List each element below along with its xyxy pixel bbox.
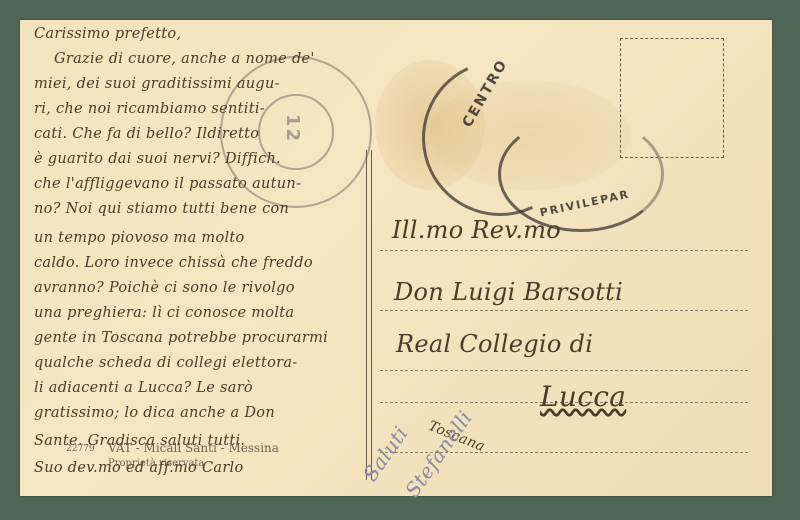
address-name: Don Luigi Barsotti [394,278,623,306]
address-city: Lucca [540,380,626,413]
message-line: Grazie di cuore, anche a nome de' [54,51,315,67]
address-line [380,250,748,251]
address-salutation: Ill.mo Rev.mo [392,216,561,244]
rights-notice: Proprietà riservata [108,458,204,469]
message-line: qualche scheda di collegi elettora- [34,355,298,371]
message-line: gente in Toscana potrebbe procurarmi [34,330,328,346]
message-line: gratissimo; lo dica anche a Don [34,405,275,421]
message-line: no? Noi qui stiamo tutti bene con [34,201,289,217]
publisher-number: 22779 [66,444,95,454]
message-line: avranno? Poichè ci sono le rivolgo [34,280,295,296]
address-line [380,370,748,371]
message-line: un tempo piovoso ma molto [34,230,245,246]
message-line: li adiacenti a Lucca? Le sarò [34,380,253,396]
card-divider-line [366,150,372,480]
message-line: miei, dei suoi graditissimi augu- [34,76,280,92]
postcard: 12 CENTRO PRIVILEPAR Carissimo prefetto,… [20,20,772,496]
publisher-name: VAT - Micali Santi - Messina [108,441,279,455]
message-line: è guarito dai suoi nervi? Diffich. [34,151,281,167]
address-line [380,310,748,311]
message-line: che l'affliggevano il passato autun- [34,176,301,192]
message-line: ri, che noi ricambiamo sentiti- [34,101,265,117]
message-line: cati. Che fa di bello? Ildiretto [34,126,259,142]
message-line: una preghiera: lì ci conosce molta [34,305,294,321]
message-line: caldo. Loro invece chissà che freddo [34,255,313,271]
address-institution: Real Collegio di [396,330,593,358]
message-line: Carissimo prefetto, [34,26,181,42]
postmark-right-lower: PRIVILEPAR [498,116,664,232]
